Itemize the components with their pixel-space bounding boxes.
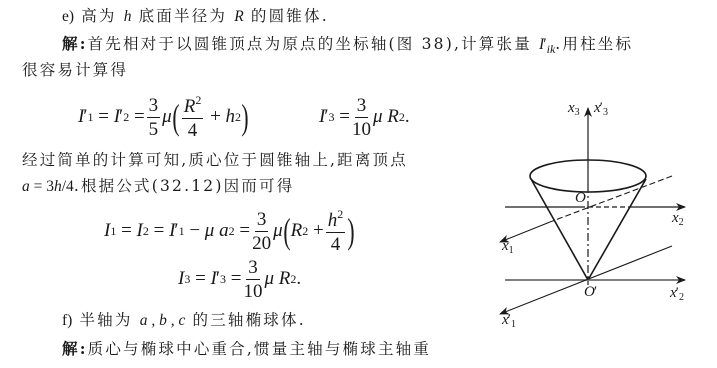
tensor-symbol: I′ik bbox=[539, 36, 555, 53]
label-O-prime: O′ bbox=[584, 284, 597, 301]
equation-4: I3 = I′3 = 310μ R2. bbox=[178, 256, 301, 302]
label-O: O bbox=[575, 190, 586, 207]
equation-2: I′3 = 310μ R2. bbox=[319, 88, 410, 146]
mid-text-1: 经过简单的计算可知,质心位于圆锥轴上,距离顶点 bbox=[22, 151, 408, 169]
x1-axis-dashed bbox=[550, 176, 672, 222]
solution-e-line1: 解:首先相对于以圆锥顶点为原点的坐标轴(图 38),计算张量 I′ik.用柱坐标 bbox=[62, 32, 633, 57]
solution-e-text-2: 很容易计算得 bbox=[22, 61, 128, 79]
solution-label: 解: bbox=[62, 34, 88, 53]
cone-side-right bbox=[588, 179, 646, 280]
label-x3-prime: x′3 bbox=[594, 100, 608, 118]
solution-e-text-end: .用柱坐标 bbox=[555, 35, 633, 53]
mid-text-line1: 经过简单的计算可知,质心位于圆锥轴上,距离顶点 bbox=[22, 148, 408, 170]
mid-text-2: .根据公式(32.12)因而可得 bbox=[74, 177, 295, 195]
solution-e-line2: 很容易计算得 bbox=[22, 58, 128, 80]
heading-e-text-2: 底面半径为 bbox=[139, 7, 228, 25]
heading-f-text-1: 半轴为 bbox=[79, 311, 132, 329]
var-h: h bbox=[124, 8, 132, 25]
heading-f-text-2: 的三轴椭球体. bbox=[193, 311, 306, 329]
heading-e-label: e) bbox=[62, 8, 74, 25]
equation-1: I′1 = I′2 = 35μ ( R24 + h2 ) bbox=[78, 88, 249, 146]
label-x2: x2 bbox=[672, 210, 684, 228]
heading-f-vars: a , b , c bbox=[140, 312, 186, 329]
heading-e-text-3: 的圆锥体. bbox=[251, 7, 329, 25]
label-x2-prime: x′2 bbox=[670, 285, 684, 303]
heading-e-text-1: 高为 bbox=[81, 7, 116, 25]
mid-text-math: a = 3h/4 bbox=[22, 178, 74, 195]
var-R: R bbox=[234, 8, 243, 25]
label-x1: x1 bbox=[502, 238, 514, 256]
solution-f-text: 质心与椭球中心重合,惯量主轴与椭球主轴重 bbox=[88, 340, 431, 358]
cone-diagram: x3 x′3 O x2 x1 O′ x′2 x′1 bbox=[480, 80, 717, 368]
solution-f-label: 解: bbox=[62, 339, 88, 358]
heading-f-label: f) bbox=[62, 312, 72, 329]
label-x1-prime: x′1 bbox=[502, 312, 516, 330]
label-x3: x3 bbox=[568, 100, 580, 118]
mid-text-line2: a = 3h/4.根据公式(32.12)因而可得 bbox=[22, 174, 294, 196]
heading-e: e) 高为 h 底面半径为 R 的圆锥体. bbox=[62, 4, 329, 26]
solution-f-line: 解:质心与椭球中心重合,惯量主轴与椭球主轴重 bbox=[62, 337, 431, 359]
solution-e-text: 首先相对于以圆锥顶点为原点的坐标轴(图 38),计算张量 bbox=[88, 35, 532, 53]
heading-f: f) 半轴为 a , b , c 的三轴椭球体. bbox=[62, 308, 306, 330]
equation-3: I1 = I2 = I′1 − μ a2 = 320μ ( R2 + h24 ) bbox=[104, 206, 355, 256]
